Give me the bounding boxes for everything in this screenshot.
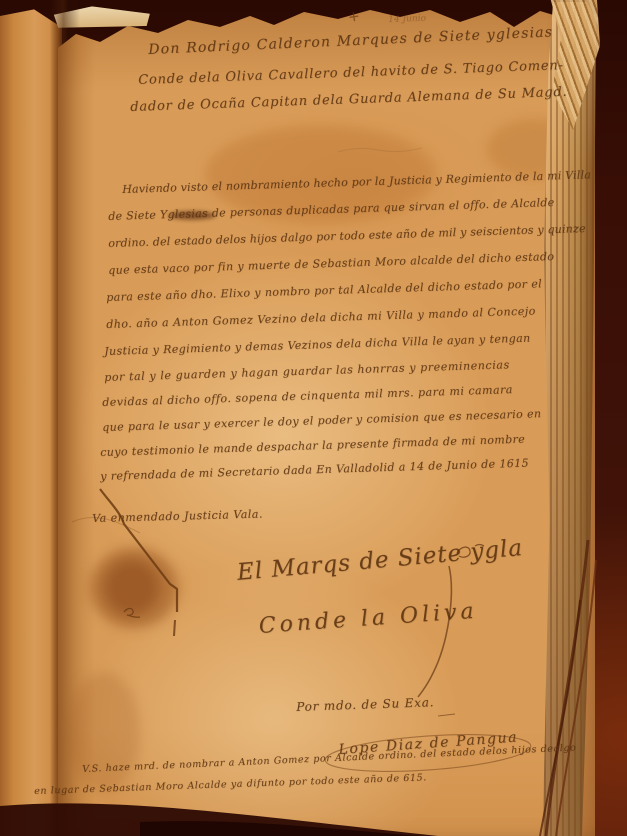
- cross-mark: +: [347, 8, 361, 25]
- faint-date-note: 14 Junio: [388, 14, 426, 25]
- manuscript-photo: + 14 Junio Don Rodrigo Calderon Marques …: [0, 0, 627, 836]
- ink-stain-left-core: [104, 560, 159, 615]
